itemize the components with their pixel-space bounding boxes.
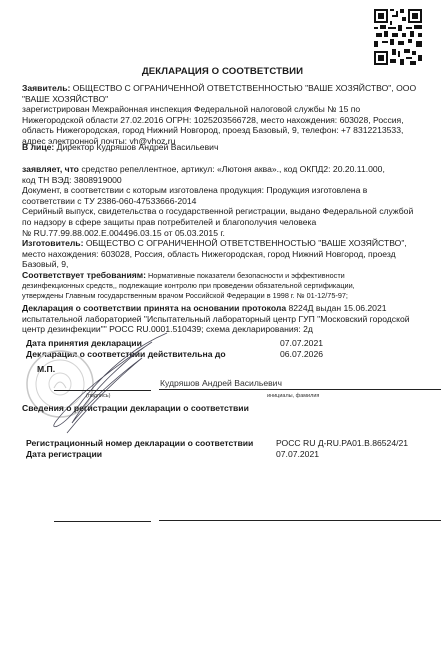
requirements-text: дезинфекционных средств,, подлежащие кон… [22,281,434,291]
manufacturing-document: Документ, в соответствии с которым изгот… [22,185,434,196]
bottom-line-left [54,521,151,522]
applicant-name: ОБЩЕСТВО С ОГРАНИЧЕННОЙ ОТВЕТСТВЕННОСТЬЮ… [70,83,416,93]
stamp-place-label: М.П. [37,364,55,374]
signature-line [54,390,151,391]
signer-name: Кудряшов Андрей Васильевич [160,378,282,388]
registration-section: Регистрационный номер декларации о соотв… [26,437,426,461]
manufacturer-address: Базовый, 9, [22,259,434,270]
manufacturer-name: ОБЩЕСТВО С ОГРАНИЧЕННОЙ ОТВЕТСТВЕННОСТЬЮ… [83,238,406,248]
laboratory: испытательной лабораторией "Испытательны… [22,314,434,325]
name-line [159,389,441,390]
requirements-section: Соответствует требованиям: Нормативные п… [22,270,434,301]
document-title: ДЕКЛАРАЦИЯ О СООТВЕТСТВИИ [0,66,445,77]
applicant-name-short: "ВАШЕ ХОЗЯЙСТВО" [22,94,434,105]
applicant-label: Заявитель: [22,83,70,93]
serial-release: Серийный выпуск, свидетельства о государ… [22,206,434,217]
manufacturing-document: соответствии с ТУ 2386-060-47533666-2014 [22,196,434,207]
manufacturer-label: Изготовитель: [22,238,83,248]
registration-heading: Сведения о регистрации декларации о соот… [22,403,249,413]
representative-section: В лице: Директор Кудряшов Андрей Василье… [22,142,434,153]
serial-release-number: № RU.77.99.88.002.Е.004496.03.15 от 05.0… [22,228,434,239]
signature-icon [32,328,172,438]
representative-label: В лице: [22,142,54,152]
applicant-address: область Нижегородская, город Нижний Новг… [22,125,434,136]
signature-caption: (подпись) [86,393,110,399]
valid-until-value: 06.07.2026 [280,348,323,360]
product-description: средство репеллентное, артикул: «Лютоня … [79,164,385,174]
protocol-number: 8224Д выдан 15.06.2021 [286,303,386,313]
qr-code-icon [372,7,424,67]
manufacturer-section: Изготовитель: ОБЩЕСТВО С ОГРАНИЧЕННОЙ ОТ… [22,238,434,270]
declares-label: заявляет, что [22,164,79,174]
requirements-label: Соответствует требованиям: [22,270,146,280]
registration-date-label: Дата регистрации [26,448,102,460]
product-code: код ТН ВЭД: 3808919000 [22,175,434,186]
declares-section: заявляет, что средство репеллентное, арт… [22,164,434,238]
applicant-section: Заявитель: ОБЩЕСТВО С ОГРАНИЧЕННОЙ ОТВЕТ… [22,83,434,147]
bottom-line-right [159,520,441,521]
applicant-registration: Нижегородской области 27.02.2016 ОГРН: 1… [22,115,434,126]
requirements-text: утверждены Главным государственным врачо… [22,291,434,301]
manufacturer-address: место нахождения: 603028, Россия, област… [22,249,434,260]
name-caption: инициалы, фамилия [267,393,319,399]
registration-date-value: 07.07.2021 [276,448,319,460]
requirements-text: Нормативные показатели безопасности и эф… [146,271,345,280]
representative-value: Директор Кудряшов Андрей Васильевич [54,142,218,152]
basis-label: Декларация о соответствии принята на осн… [22,303,286,313]
serial-release: по надзору в сфере защиты прав потребите… [22,217,434,228]
applicant-registration: зарегистрирован Межрайонная инспекция Фе… [22,104,434,115]
